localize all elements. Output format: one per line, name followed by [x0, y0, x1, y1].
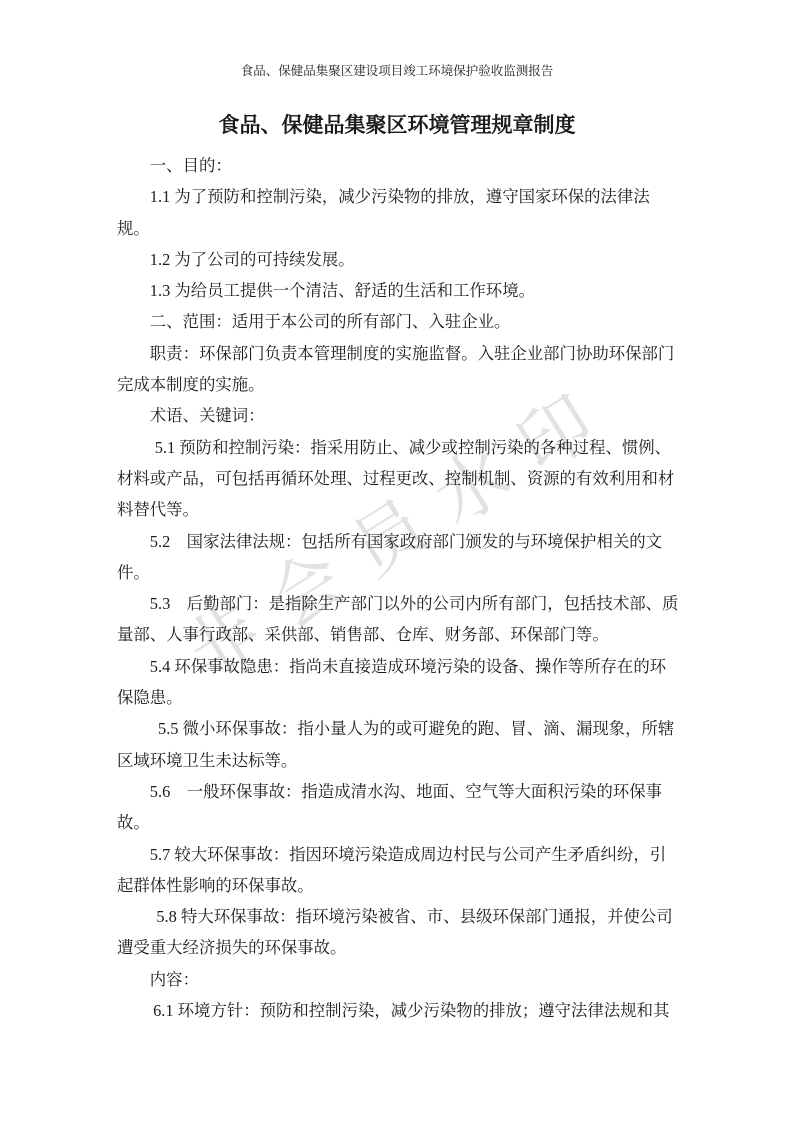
document-line: 1.1 为了预防和控制污染，减少污染物的排放，遵守国家环保的法律法: [117, 181, 677, 212]
document-line: 保隐患。: [117, 682, 677, 713]
document-line: 5.8 特大环保事故：指环境污染被省、市、县级环保部门通报，并使公司: [117, 901, 677, 932]
document-line: 二、范围：适用于本公司的所有部门、入驻企业。: [117, 306, 677, 337]
document-line: 职责：环保部门负责本管理制度的实施监督。入驻企业部门协助环保部门: [117, 338, 677, 369]
page-content: 食品、保健品集聚区建设项目竣工环境保护验收监测报告 食品、保健品集聚区环境管理规…: [0, 0, 794, 1026]
document-line: 遭受重大经济损失的环保事故。: [117, 932, 677, 963]
document-page: 非会员水印 食品、保健品集聚区建设项目竣工环境保护验收监测报告 食品、保健品集聚…: [0, 0, 794, 1122]
document-line: 一、目的：: [117, 150, 677, 181]
document-line: 6.1 环境方针：预防和控制污染，减少污染物的排放；遵守法律法规和其: [117, 995, 677, 1026]
document-line: 故。: [117, 807, 677, 838]
document-line: 5.5 微小环保事故：指小量人为的或可避免的跑、冒、滴、漏现象，所辖: [117, 713, 677, 744]
document-line: 规。: [117, 213, 677, 244]
document-line: 1.3 为给员工提供一个清洁、舒适的生活和工作环境。: [117, 275, 677, 306]
document-line: 术语、关键词：: [117, 400, 677, 431]
page-header: 食品、保健品集聚区建设项目竣工环境保护验收监测报告: [0, 0, 794, 79]
document-line: 料替代等。: [117, 494, 677, 525]
document-line: 5.6 一般环保事故：指造成清水沟、地面、空气等大面积污染的环保事: [117, 776, 677, 807]
document-line: 量部、人事行政部、采供部、销售部、仓库、财务部、环保部门等。: [117, 619, 677, 650]
document-line: 5.4 环保事故隐患：指尚未直接造成环境污染的设备、操作等所存在的环: [117, 651, 677, 682]
document-line: 5.7 较大环保事故：指因环境污染造成周边村民与公司产生矛盾纠纷，引: [117, 839, 677, 870]
document-line: 件。: [117, 557, 677, 588]
document-body: 一、目的：1.1 为了预防和控制污染，减少污染物的排放，遵守国家环保的法律法规。…: [117, 150, 677, 1026]
document-line: 起群体性影响的环保事故。: [117, 870, 677, 901]
document-title: 食品、保健品集聚区环境管理规章制度: [0, 111, 794, 140]
document-line: 5.3 后勤部门：是指除生产部门以外的公司内所有部门，包括技术部、质: [117, 588, 677, 619]
document-line: 区域环境卫生未达标等。: [117, 745, 677, 776]
document-line: 完成本制度的实施。: [117, 369, 677, 400]
document-line: 材料或产品，可包括再循环处理、过程更改、控制机制、资源的有效利用和材: [117, 463, 677, 494]
document-line: 内容：: [117, 964, 677, 995]
document-line: 5.1 预防和控制污染：指采用防止、减少或控制污染的各种过程、惯例、: [117, 432, 677, 463]
document-line: 5.2 国家法律法规：包括所有国家政府部门颁发的与环境保护相关的文: [117, 526, 677, 557]
document-line: 1.2 为了公司的可持续发展。: [117, 244, 677, 275]
